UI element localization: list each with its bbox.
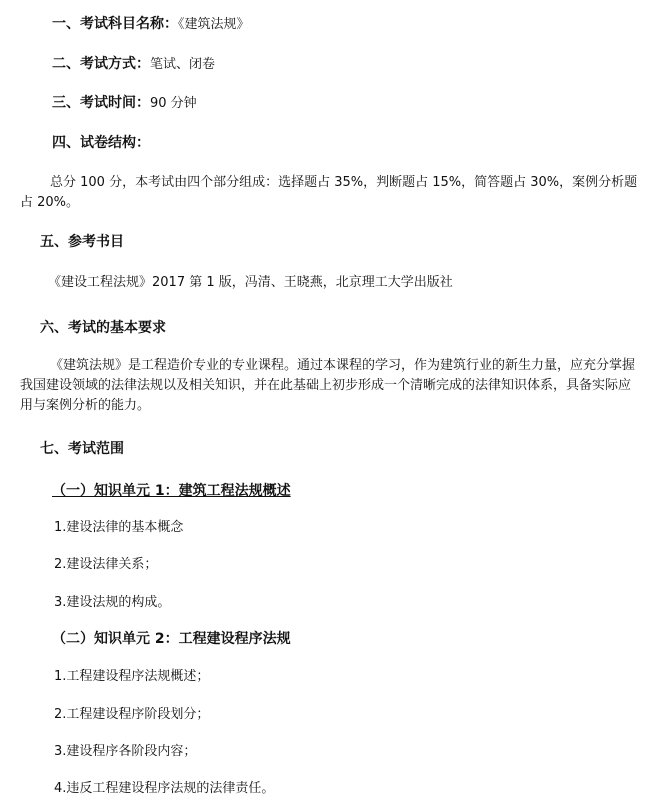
unit-1-item: 1.建设法律的基本概念 — [54, 519, 183, 537]
section-4-body: 总分 100 分，本考试由四个部分组成：选择题占 35%，判断题占 15%，简答… — [20, 173, 638, 213]
section-1-heading: 一、考试科目名称： — [52, 16, 178, 32]
unit-2-item: 3.建设程序各阶段内容； — [54, 743, 196, 761]
section-6-body: 《建筑法规》是工程造价专业的专业课程。通过本课程的学习，作为建筑行业的新生力量，… — [20, 356, 638, 416]
section-5-body: 《建设工程法规》2017 第 1 版，冯清、王晓燕，北京理工大学出版社 — [48, 274, 453, 292]
section-6-heading: 六、考试的基本要求 — [40, 319, 166, 337]
section-3: 三、考试时间：90 分钟 — [52, 94, 197, 113]
section-2: 二、考试方式：笔试、闭卷 — [52, 55, 215, 74]
unit-2-title: （二）知识单元 2：工程建设程序法规 — [52, 630, 291, 648]
unit-2-item: 1.工程建设程序法规概述； — [54, 668, 209, 686]
section-2-heading: 二、考试方式： — [52, 56, 150, 72]
unit-2-item: 2.工程建设程序阶段划分； — [54, 706, 209, 724]
unit-1-title: （一）知识单元 1：建筑工程法规概述 — [52, 482, 291, 500]
unit-2-item: 4.违反工程建设程序法规的法律责任。 — [54, 780, 274, 798]
section-2-value: 笔试、闭卷 — [150, 57, 215, 72]
section-5-heading: 五、参考书目 — [40, 233, 124, 251]
section-1: 一、考试科目名称：《建筑法规》 — [52, 15, 250, 34]
section-3-value: 90 分钟 — [150, 96, 197, 111]
section-1-value: 《建筑法规》 — [178, 17, 250, 32]
section-3-heading: 三、考试时间： — [52, 95, 150, 111]
section-7-heading: 七、考试范围 — [40, 440, 124, 458]
unit-1-item: 3.建设法规的构成。 — [54, 594, 170, 612]
section-4-heading: 四、试卷结构： — [52, 134, 150, 152]
unit-1-item: 2.建设法律关系； — [54, 556, 157, 574]
